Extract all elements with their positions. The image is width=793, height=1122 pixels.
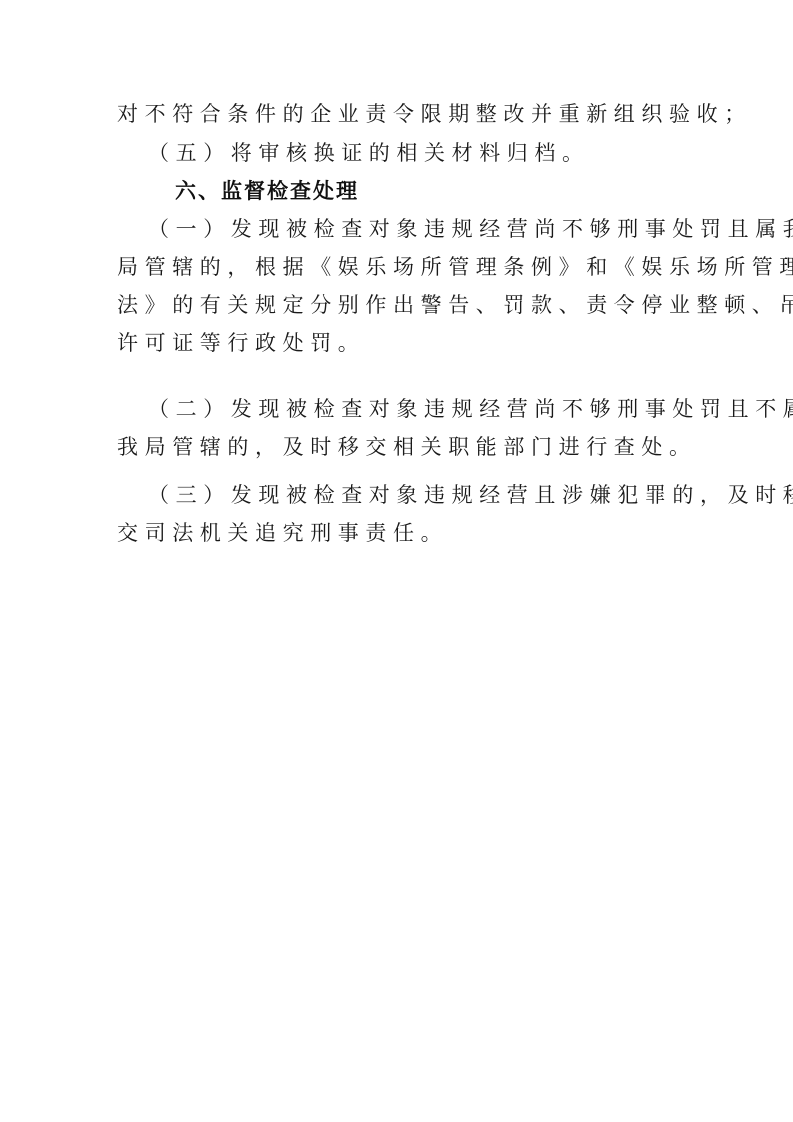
paragraph-1-line-4: 许可证等行政处罚。 bbox=[117, 329, 677, 357]
paragraph-continuation: 对不符合条件的企业责令限期整改并重新组织验收； bbox=[117, 100, 677, 128]
section-heading: 六、监督检查处理 bbox=[175, 177, 735, 205]
item-5: （五）将审核换证的相关材料归档。 bbox=[148, 139, 708, 167]
paragraph-1-line-3: 法》的有关规定分别作出警告、罚款、责令停业整顿、吊销 bbox=[117, 291, 677, 319]
paragraph-3-line-2: 交司法机关追究刑事责任。 bbox=[117, 519, 677, 547]
paragraph-3-line-1: （三）发现被检查对象违规经营且涉嫌犯罪的，及时移 bbox=[148, 481, 708, 509]
paragraph-2-line-2: 我局管辖的，及时移交相关职能部门进行查处。 bbox=[117, 433, 677, 461]
paragraph-1-line-2: 局管辖的，根据《娱乐场所管理条例》和《娱乐场所管理办 bbox=[117, 253, 677, 281]
paragraph-1-line-1: （一）发现被检查对象违规经营尚不够刑事处罚且属我 bbox=[148, 215, 708, 243]
document-page: 对不符合条件的企业责令限期整改并重新组织验收； （五）将审核换证的相关材料归档。… bbox=[0, 0, 793, 1122]
paragraph-2-line-1: （二）发现被检查对象违规经营尚不够刑事处罚且不属 bbox=[148, 395, 708, 423]
